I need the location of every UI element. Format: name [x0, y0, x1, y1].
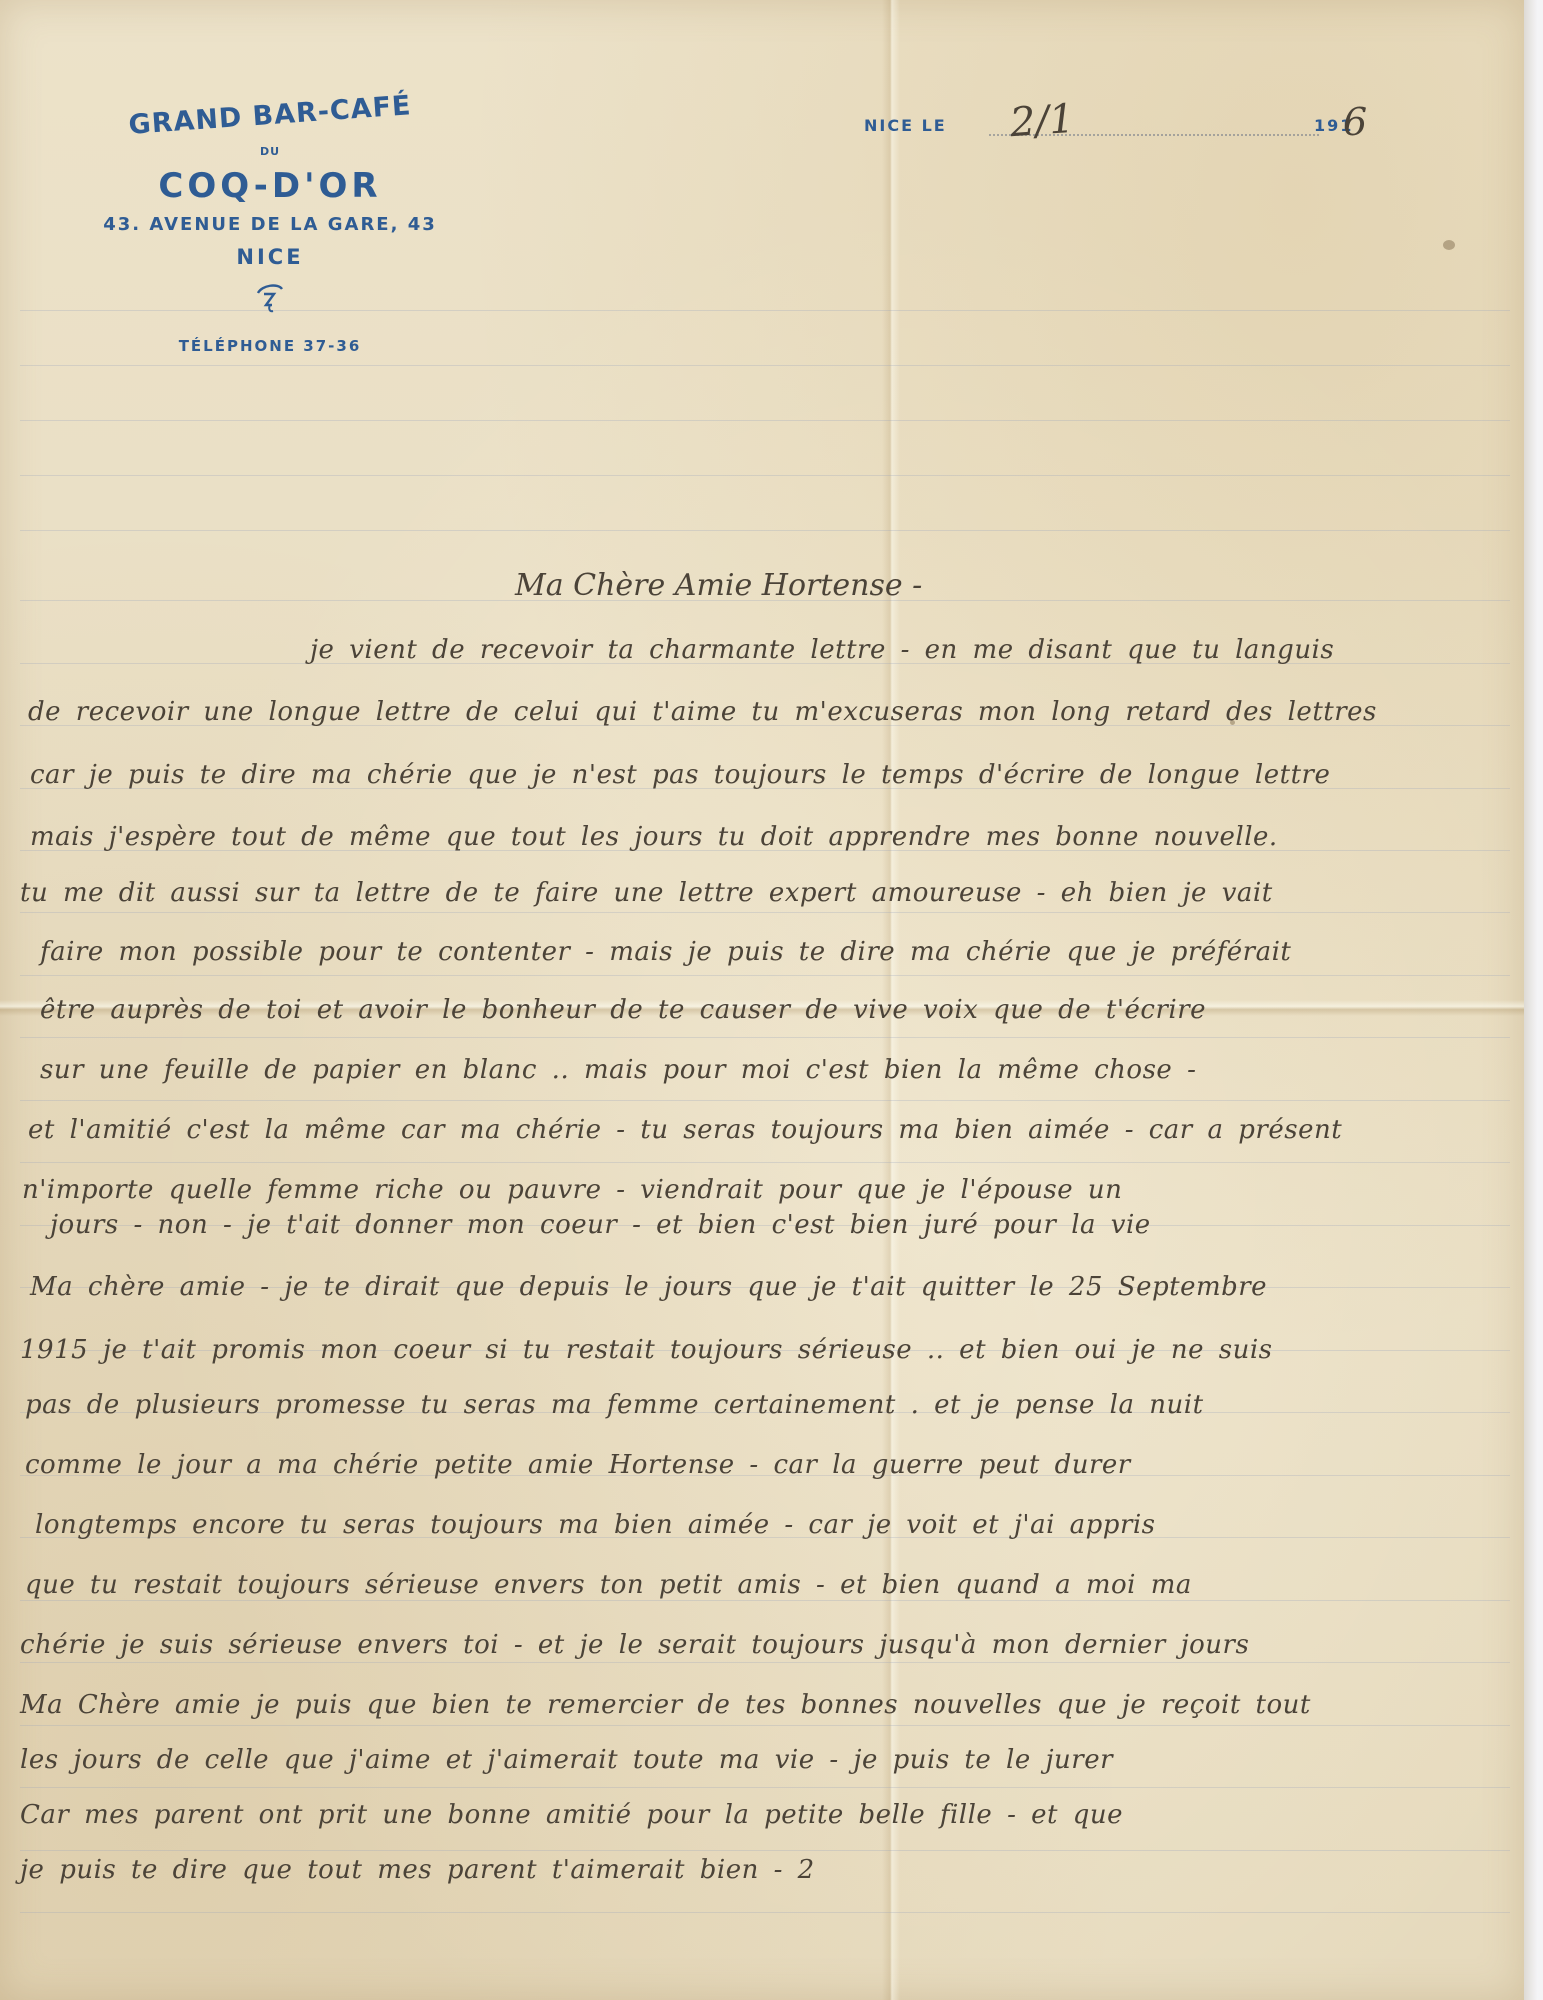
letter-line: chérie je suis sérieuse envers toi - et …: [20, 1630, 1249, 1660]
handwritten-date: 2/1: [1008, 96, 1075, 146]
letter-line: les jours de celle que j'aime et j'aimer…: [20, 1745, 1113, 1775]
letter-line: n'importe quelle femme riche ou pauvre -…: [22, 1175, 1122, 1205]
letter-salutation: Ma Chère Amie Hortense -: [515, 568, 922, 603]
letter-line: longtemps encore tu seras toujours ma bi…: [35, 1510, 1156, 1540]
ruled-line: [20, 1725, 1510, 1726]
letter-line: Ma chère amie - je te dirait que depuis …: [30, 1272, 1267, 1302]
telephone-symbol-icon: [252, 281, 288, 317]
letter-page: GRAND BAR-CAFÉ DU COQ-D'OR 43. AVENUE DE…: [0, 0, 1524, 2000]
letter-line: je puis te dire que tout mes parent t'ai…: [20, 1855, 815, 1885]
scan-background-edge: [1524, 0, 1543, 2000]
ruled-line: [20, 1787, 1510, 1788]
letterhead-coq-dor: COQ-D'OR: [60, 166, 480, 206]
letterhead-business-name: GRAND BAR-CAFÉ: [59, 85, 480, 145]
letter-line: je vient de recevoir ta charmante lettre…: [310, 635, 1334, 665]
dateline-place-label: NICE LE: [864, 116, 947, 135]
letter-line: mais j'espère tout de même que tout les …: [30, 822, 1278, 852]
letterhead: GRAND BAR-CAFÉ DU COQ-D'OR 43. AVENUE DE…: [60, 90, 480, 355]
letter-line: que tu restait toujours sérieuse envers …: [25, 1570, 1192, 1600]
letterhead-city: NICE: [60, 245, 480, 269]
letter-line: comme le jour a ma chérie petite amie Ho…: [25, 1450, 1131, 1480]
ruled-line: [20, 1162, 1510, 1163]
letter-line: jours - non - je t'ait donner mon coeur …: [50, 1210, 1151, 1240]
letter-line: sur une feuille de papier en blanc .. ma…: [40, 1055, 1196, 1085]
letter-line: Ma Chère amie je puis que bien te remerc…: [20, 1690, 1311, 1720]
ruled-line: [20, 1912, 1510, 1913]
letter-line: faire mon possible pour te contenter - m…: [40, 937, 1291, 967]
letter-line: 1915 je t'ait promis mon coeur si tu res…: [20, 1335, 1272, 1365]
letter-line: de recevoir une longue lettre de celui q…: [28, 697, 1377, 727]
ruled-line: [20, 912, 1510, 913]
ruled-line: [20, 530, 1510, 531]
dateline: NICE LE 191: [864, 110, 1344, 150]
letterhead-phone: TÉLÉPHONE 37-36: [60, 337, 480, 355]
handwritten-year-suffix: 6: [1343, 100, 1367, 144]
letter-line: Car mes parent ont prit une bonne amitié…: [20, 1800, 1123, 1830]
letter-line: tu me dit aussi sur ta lettre de te fair…: [20, 878, 1273, 908]
ruled-line: [20, 475, 1510, 476]
letter-line: car je puis te dire ma chérie que je n'e…: [30, 760, 1330, 790]
letter-line: et l'amitié c'est la même car ma chérie …: [28, 1115, 1342, 1145]
ruled-line: [20, 1100, 1510, 1101]
ruled-line: [20, 1037, 1510, 1038]
letter-line: pas de plusieurs promesse tu seras ma fe…: [25, 1390, 1204, 1420]
letterhead-du: DU: [60, 145, 480, 158]
ruled-line: [20, 1850, 1510, 1851]
letterhead-address: 43. AVENUE DE LA GARE, 43: [60, 214, 480, 235]
ruled-line: [20, 1662, 1510, 1663]
letter-line: être auprès de toi et avoir le bonheur d…: [40, 995, 1206, 1025]
ruled-line: [20, 1600, 1510, 1601]
ruled-line: [20, 420, 1510, 421]
ruled-line: [20, 975, 1510, 976]
ruled-line: [20, 365, 1510, 366]
ink-stain: [1443, 240, 1455, 250]
